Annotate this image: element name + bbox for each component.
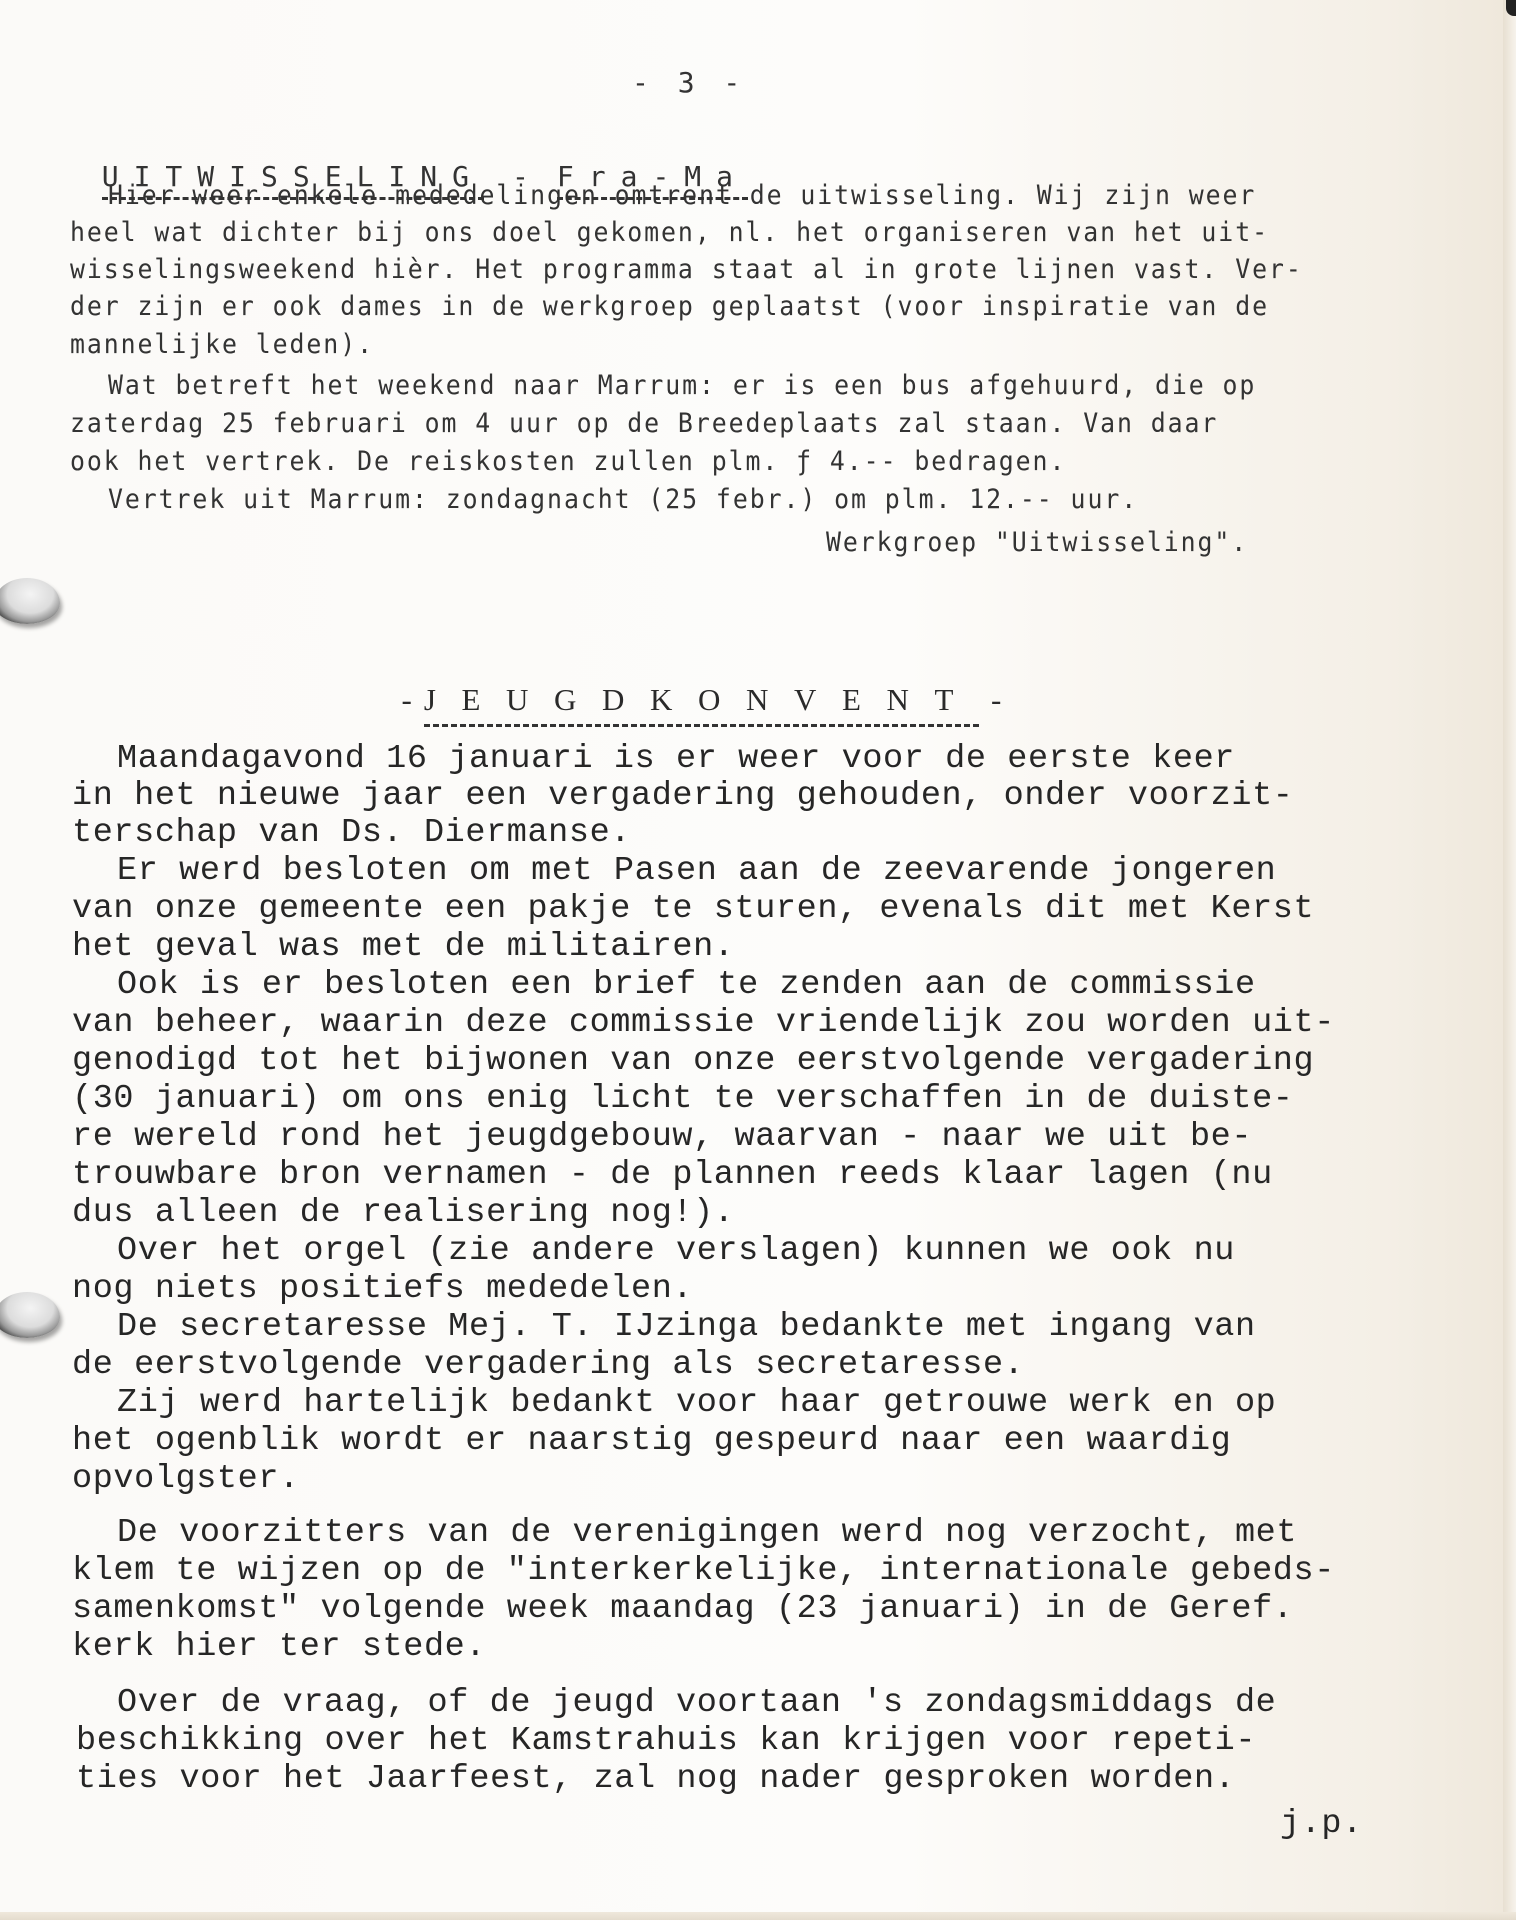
paragraph-line: mannelijke leden). — [70, 329, 374, 360]
heading-title: JEUGDKONVENT — [424, 682, 979, 727]
paragraph-line: re wereld rond het jeugdgebouw, waarvan … — [72, 1118, 1252, 1156]
paragraph-line: der zijn er ook dames in de werkgroep ge… — [70, 291, 1269, 322]
paragraph-line: Hier weer enkele mededelingen omtrent de… — [108, 180, 1256, 211]
paragraph-line: (30 januari) om ons enig licht te versch… — [72, 1080, 1294, 1118]
paragraph-line: dus alleen de realisering nog!). — [72, 1194, 735, 1232]
paragraph-line: zaterdag 25 februari om 4 uur op de Bree… — [70, 408, 1218, 439]
page-edge — [1503, 0, 1516, 1920]
paragraph-line: het geval was met de militairen. — [72, 928, 735, 966]
section-heading-jeugdkonvent: -JEUGDKONVENT- — [374, 646, 1013, 727]
paragraph-line: van beheer, waarin deze commissie vriend… — [72, 1004, 1335, 1042]
paragraph-line: terschap van Ds. Diermanse. — [72, 814, 631, 852]
page-corner-shadow — [1506, 0, 1516, 16]
paragraph-line: Maandagavond 16 januari is er weer voor … — [117, 740, 1235, 778]
paragraph-line: wisselingsweekend hièr. Het programma st… — [70, 254, 1303, 285]
paragraph-line: trouwbare bron vernamen - de plannen ree… — [72, 1156, 1273, 1194]
paragraph-line: genodigd tot het bijwonen van onze eerst… — [72, 1042, 1314, 1080]
paragraph-line: opvolgster. — [72, 1460, 300, 1498]
paragraph-line: de eerstvolgende vergadering als secreta… — [72, 1346, 1024, 1384]
paragraph-line: Over het orgel (zie andere verslagen) ku… — [117, 1232, 1235, 1270]
heading-dash-right: - — [991, 682, 1001, 718]
paragraph-line: van onze gemeente een pakje te sturen, e… — [72, 890, 1314, 928]
page-bottom-edge — [0, 1912, 1516, 1920]
paragraph-line: het ogenblik wordt er naarstig gespeurd … — [72, 1422, 1231, 1460]
heading-dash-left: - — [402, 682, 412, 718]
paragraph-line: Er werd besloten om met Pasen aan de zee… — [117, 852, 1276, 890]
signature-jp: j.p. — [1280, 1805, 1363, 1843]
paragraph-line: in het nieuwe jaar een vergadering gehou… — [72, 777, 1294, 815]
paragraph-line: beschikking over het Kamstrahuis kan kri… — [76, 1722, 1256, 1760]
paragraph-line: Over de vraag, of de jeugd voortaan 's z… — [117, 1684, 1276, 1722]
paragraph-line: Vertrek uit Marrum: zondagnacht (25 febr… — [108, 484, 1138, 515]
paragraph-line: De voorzitters van de verenigingen werd … — [117, 1514, 1297, 1552]
paragraph-line: samenkomst" volgende week maandag (23 ja… — [72, 1590, 1294, 1628]
signature-werkgroep: Werkgroep "Uitwisseling". — [826, 527, 1248, 558]
paragraph-line: De secretaresse Mej. T. IJzinga bedankte… — [117, 1308, 1256, 1346]
paragraph-line: Ook is er besloten een brief te zenden a… — [117, 966, 1256, 1004]
paragraph-line: Wat betreft het weekend naar Marrum: er … — [108, 370, 1256, 401]
paragraph-line: kerk hier ter stede. — [72, 1628, 486, 1666]
paragraph-line: Zij werd hartelijk bedankt voor haar get… — [117, 1384, 1276, 1422]
paragraph-line: nog niets positiefs mededelen. — [72, 1270, 693, 1308]
paragraph-line: klem te wijzen op de "interkerkelijke, i… — [72, 1552, 1335, 1590]
paragraph-line: heel wat dichter bij ons doel gekomen, n… — [70, 217, 1269, 248]
page-number: - 3 - — [632, 66, 746, 99]
paragraph-line: ties voor het Jaarfeest, zal nog nader g… — [76, 1760, 1235, 1798]
paragraph-line: ook het vertrek. De reiskosten zullen pl… — [70, 446, 1066, 477]
